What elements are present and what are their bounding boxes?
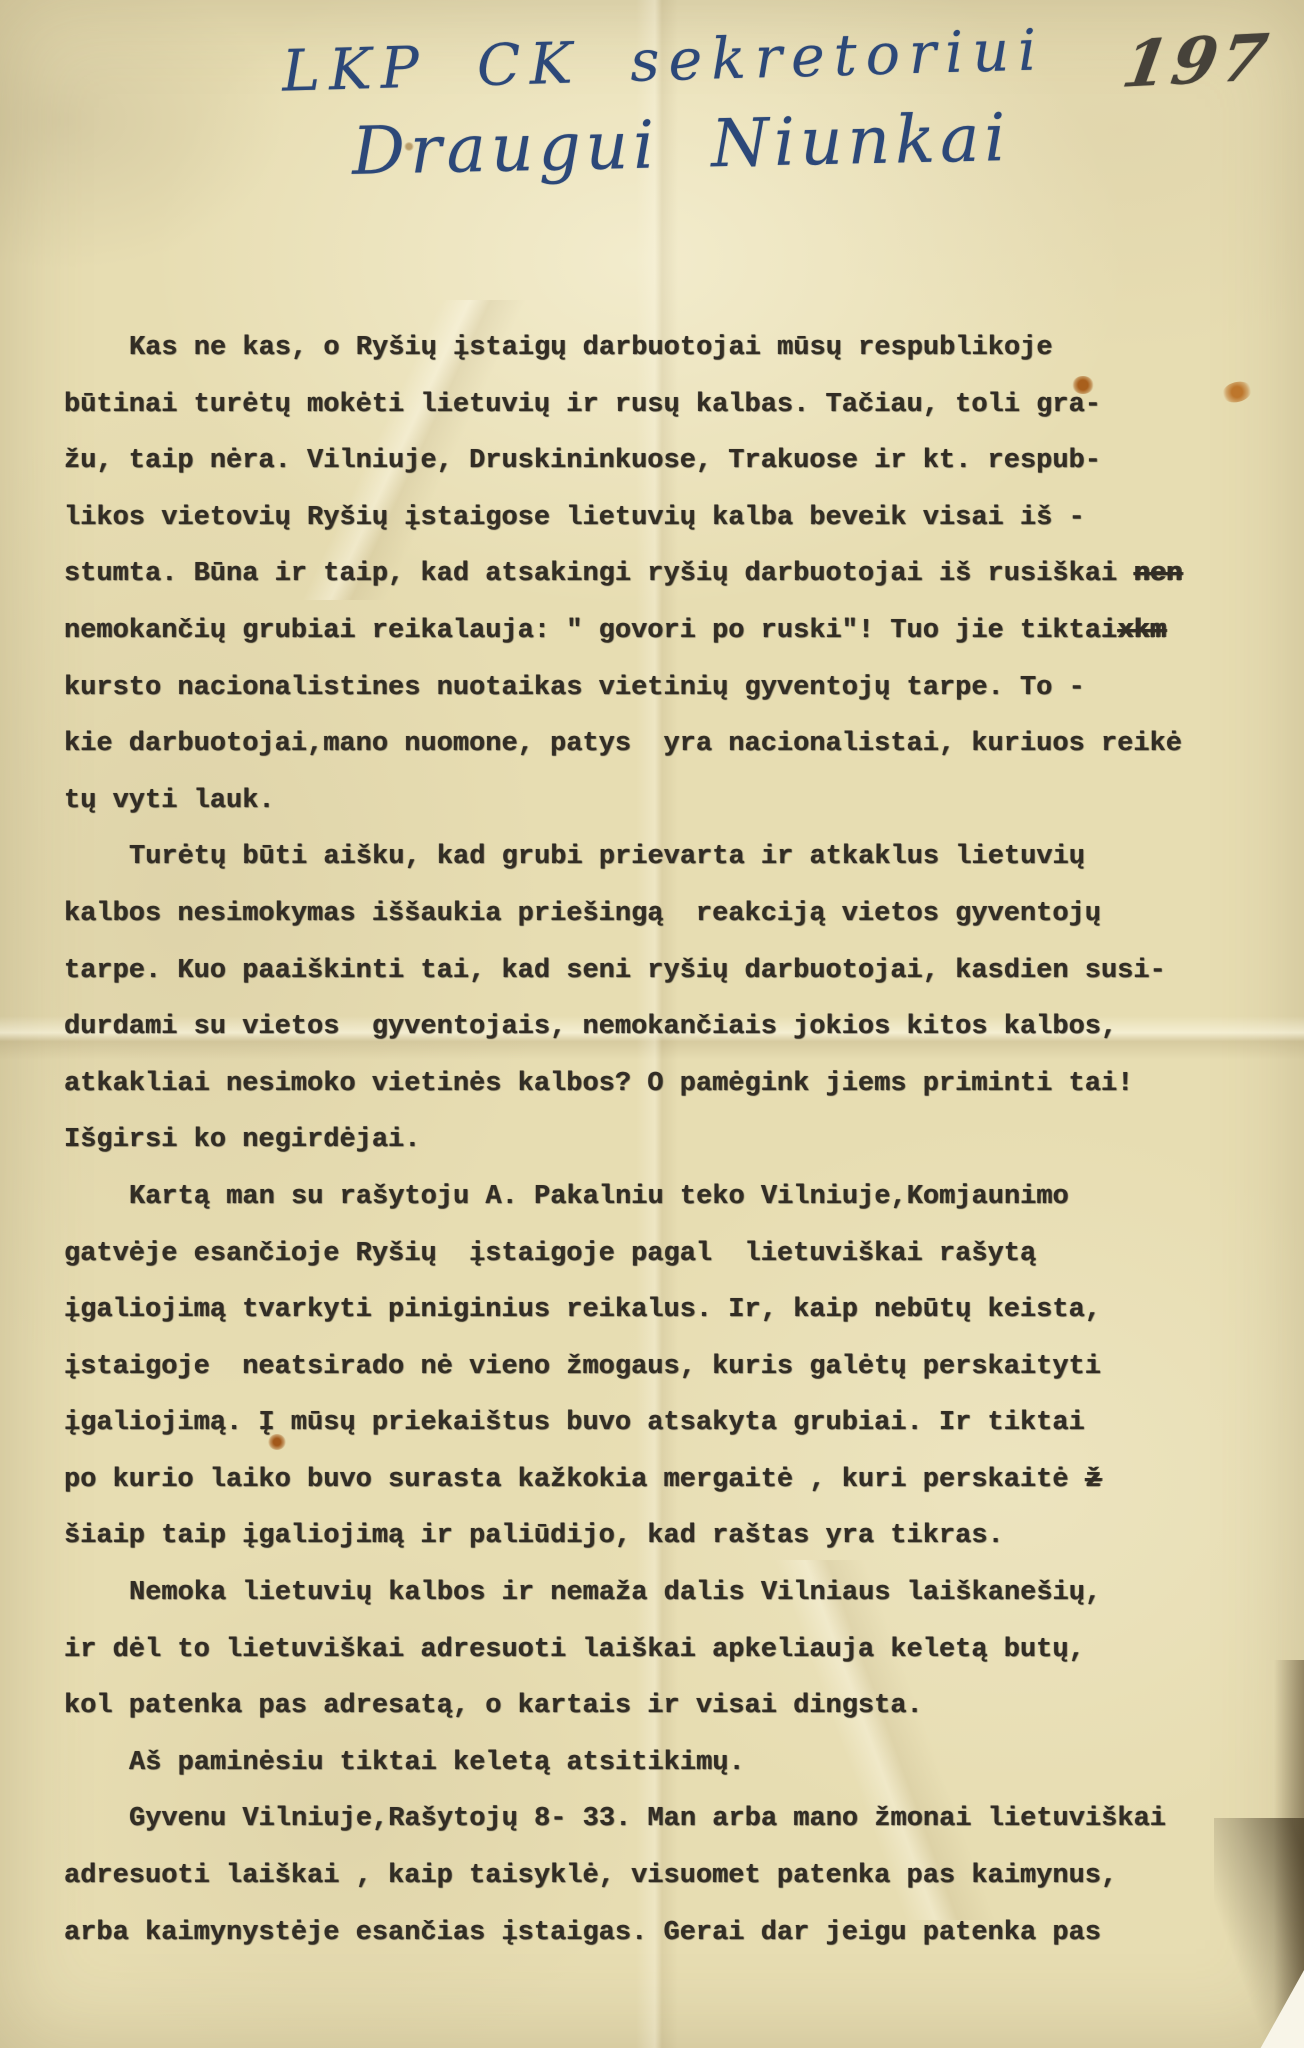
typed-line: Nemoka lietuvių kalbos ir nemaža dalis V… bbox=[64, 1565, 1300, 1622]
typed-line: tarpe. Kuo paaiškinti tai, kad seni ryši… bbox=[64, 943, 1300, 1000]
typed-line: kol patenka pas adresatą, o kartais ir v… bbox=[64, 1678, 1300, 1735]
typed-line: Gyvenu Vilniuje,Rašytojų 8- 33. Man arba… bbox=[64, 1791, 1300, 1848]
handwritten-addressee-line2: Draugui Niunkai bbox=[351, 99, 1011, 190]
handwritten-addressee-line1: LKP CK sekretoriui bbox=[281, 17, 1046, 104]
typed-letter-body: Kas ne kas, o Ryšių įstaigų darbuotojai … bbox=[64, 320, 1300, 1961]
typed-line: Kas ne kas, o Ryšių įstaigų darbuotojai … bbox=[64, 320, 1300, 377]
typed-line: atkakliai nesimoko vietinės kalbos? O pa… bbox=[64, 1056, 1300, 1113]
typed-line: kursto nacionalistines nuotaikas vietini… bbox=[64, 660, 1300, 717]
overstruck-text: ž bbox=[1085, 1465, 1101, 1495]
typed-line: likos vietovių Ryšių įstaigose lietuvių … bbox=[64, 490, 1300, 547]
typed-line: šiaip taip įgaliojimą ir paliūdijo, kad … bbox=[64, 1508, 1300, 1565]
typed-line: būtinai turėtų mokėti lietuvių ir rusų k… bbox=[64, 377, 1300, 434]
typed-line: nemokančių grubiai reikalauja: " govori … bbox=[64, 603, 1300, 660]
overstruck-text: nen bbox=[1133, 559, 1182, 589]
overstruck-text: xkm bbox=[1117, 616, 1166, 646]
typed-line: ir dėl to lietuviškai adresuoti laiškai … bbox=[64, 1622, 1300, 1679]
typed-line: Išgirsi ko negirdėjai. bbox=[64, 1112, 1300, 1169]
typed-line: adresuoti laiškai , kaip taisyklė, visuo… bbox=[64, 1848, 1300, 1905]
typed-line: įgaliojimą. Į mūsų priekaištus buvo atsa… bbox=[64, 1395, 1300, 1452]
typed-line: įstaigoje neatsirado nė vieno žmogaus, k… bbox=[64, 1339, 1300, 1396]
typed-line: Kartą man su rašytoju A. Pakalniu teko V… bbox=[64, 1169, 1300, 1226]
typed-line: tų vyti lauk. bbox=[64, 773, 1300, 830]
typed-line: Turėtų būti aišku, kad grubi prievarta i… bbox=[64, 829, 1300, 886]
typed-line: po kurio laiko buvo surasta kažkokia mer… bbox=[64, 1452, 1300, 1509]
typed-line: įgaliojimą tvarkyti piniginius reikalus.… bbox=[64, 1282, 1300, 1339]
typed-line: gatvėje esančioje Ryšių įstaigoje pagal … bbox=[64, 1226, 1300, 1283]
typed-line: durdami su vietos gyventojais, nemokanči… bbox=[64, 999, 1300, 1056]
typed-line: kie darbuotojai,mano nuomone, patys yra … bbox=[64, 716, 1300, 773]
typed-line: žu, taip nėra. Vilniuje, Druskininkuose,… bbox=[64, 433, 1300, 490]
typed-line: arba kaimynystėje esančias įstaigas. Ger… bbox=[64, 1905, 1300, 1962]
typed-line: kalbos nesimokymas iššaukia priešingą re… bbox=[64, 886, 1300, 943]
typed-line: Aš paminėsiu tiktai keletą atsitikimų. bbox=[64, 1735, 1300, 1792]
typed-line: stumta. Būna ir taip, kad atsakingi ryši… bbox=[64, 546, 1300, 603]
document-page: LKP CK sekretoriui Draugui Niunkai 197 K… bbox=[0, 0, 1304, 2048]
page-number: 197 bbox=[1117, 20, 1276, 103]
